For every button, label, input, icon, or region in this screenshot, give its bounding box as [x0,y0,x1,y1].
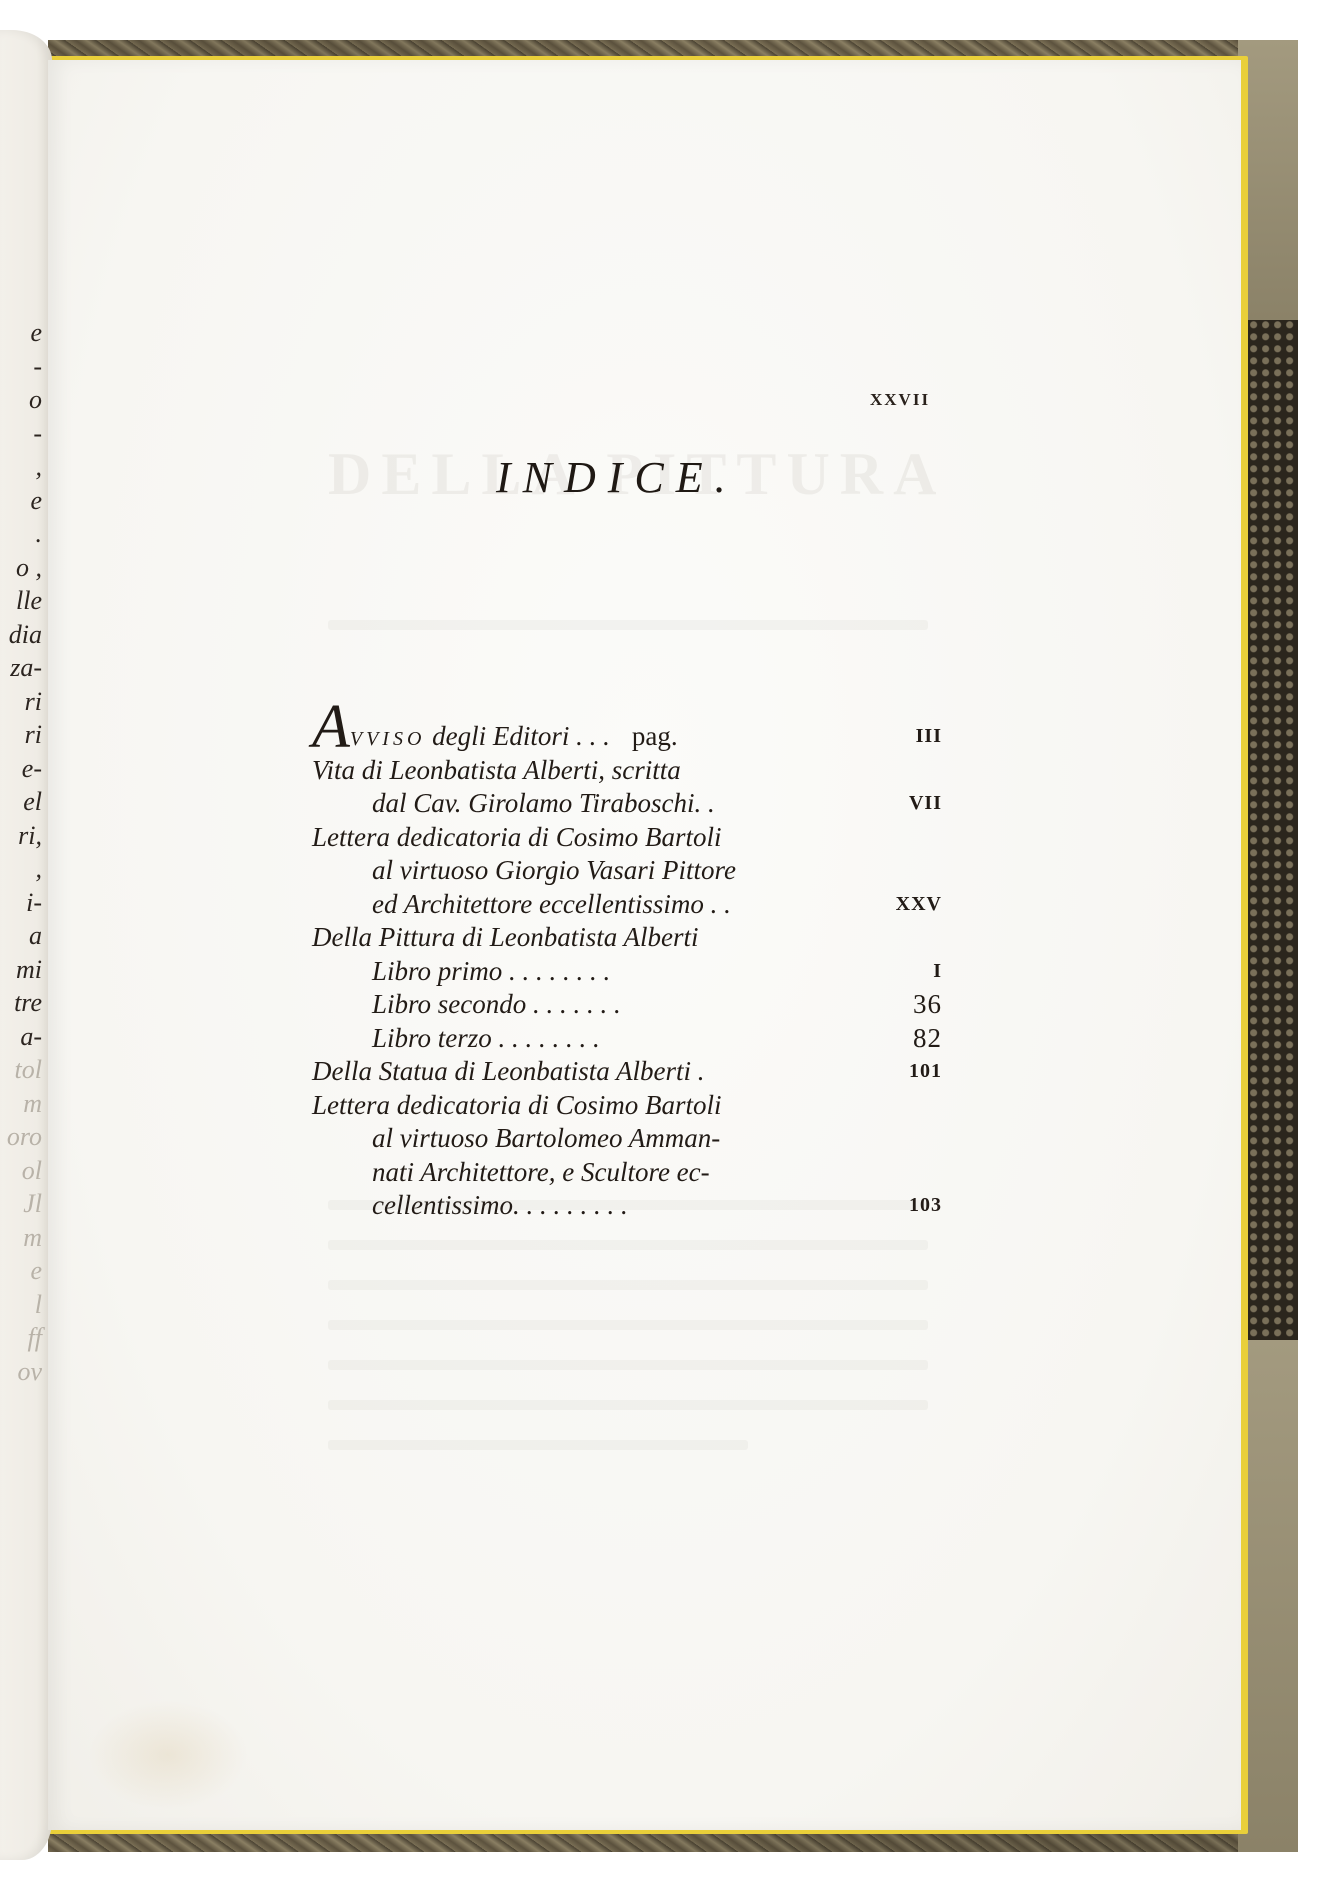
facing-page-text-fragment: mi [16,957,42,983]
toc-entry-title: AVVISO degli Editori . . .pag. [312,720,678,757]
small-caps-text: VVISO [350,728,426,750]
facing-page-showthrough-fragment: oro [7,1124,42,1150]
toc-entry: cellentissimo. . . . . . . . .103 [312,1189,942,1223]
toc-page-reference: VII [909,787,942,821]
facing-page-text-fragment: , [36,454,43,480]
show-through-line [328,1400,928,1410]
facing-page-text-fragment: ri, [18,823,42,849]
pag-label: pag. [632,721,678,751]
show-through-line [328,1280,928,1290]
facing-page-text-fragment: a- [20,1024,42,1050]
facing-page-text-fragment: - [33,354,42,380]
toc-entry: Della Pittura di Leonbatista Alberti [312,921,942,955]
toc-entry-title: al virtuoso Giorgio Vasari Pittore [372,854,736,888]
show-through-line [328,1240,928,1250]
facing-page-text-fragment: a [29,923,42,949]
show-through-line [328,1440,748,1450]
toc-page-reference: 36 [913,988,942,1022]
index-page: DELLA PITTURA XXVII INDICE. AVVISO degli… [48,60,1241,1830]
toc-entry-title: Della Statua di Leonbatista Alberti . [312,1055,705,1089]
facing-page-text-fragment: . [36,521,43,547]
toc-entry: AVVISO degli Editori . . .pag.III [312,720,942,754]
facing-page-text-fragment: o , [16,555,42,581]
facing-page-showthrough-fragment: m [23,1225,42,1251]
toc-entry: nati Architettore, e Scultore ec- [312,1156,942,1190]
toc-page-reference: I [933,955,942,989]
toc-entry-title: Della Pittura di Leonbatista Alberti [312,921,699,955]
page-title: INDICE. [496,452,738,503]
toc-entry-title: Vita di Leonbatista Alberti, scritta [312,754,681,788]
toc-page-reference: XXV [896,888,942,922]
facing-page-text-fragment: i- [26,890,42,916]
toc-page-reference: 101 [909,1055,942,1089]
toc-entry: Della Statua di Leonbatista Alberti .101 [312,1055,942,1089]
paper-stain [88,1700,248,1810]
facing-page-text-fragment: el [23,789,42,815]
toc-entry-title: ed Architettore eccellentissimo . . [372,888,731,922]
toc-entry: dal Cav. Girolamo Tiraboschi. .VII [312,787,942,821]
facing-page-showthrough-fragment: ov [17,1359,42,1385]
toc-entry-title: nati Architettore, e Scultore ec- [372,1156,710,1190]
facing-page-showthrough-fragment: e [30,1258,42,1284]
facing-page-text-fragment: lle [16,588,42,614]
toc-entry: al virtuoso Giorgio Vasari Pittore [312,854,942,888]
toc-entry: ed Architettore eccellentissimo . .XXV [312,888,942,922]
facing-page-text-fragment: e [30,320,42,346]
toc-entry: Libro secondo . . . . . . .36 [312,988,942,1022]
toc-entry-title: cellentissimo. . . . . . . . . [372,1189,628,1223]
facing-page-showthrough-fragment: l [35,1292,42,1318]
facing-page-text-fragment: tre [14,990,42,1016]
show-through-line [328,620,928,630]
facing-page-text-fragment: o [29,387,42,413]
table-of-contents: AVVISO degli Editori . . .pag.IIIVita di… [312,720,942,1223]
toc-entry-title: Lettera dedicatoria di Cosimo Bartoli [312,1089,722,1123]
toc-page-reference: 82 [913,1022,942,1056]
toc-entry: Lettera dedicatoria di Cosimo Bartoli [312,821,942,855]
toc-entry-title: al virtuoso Bartolomeo Amman- [372,1122,720,1156]
toc-entry: Libro terzo . . . . . . . .82 [312,1022,942,1056]
facing-page-text-fragment: za- [10,655,42,681]
facing-page-text-fragment: e [30,488,42,514]
drop-cap: A [312,693,350,761]
facing-page-showthrough-fragment: ff [28,1325,42,1351]
toc-page-reference: 103 [909,1189,942,1223]
page-number: XXVII [870,390,930,410]
toc-entry-title: Libro secondo . . . . . . . [372,988,621,1022]
facing-page-text-fragment: ri [25,689,42,715]
facing-page-text-fragment: e- [22,756,42,782]
toc-entry: Libro primo . . . . . . . .I [312,955,942,989]
show-through-line [328,1320,928,1330]
toc-page-reference: III [916,720,942,754]
facing-page-showthrough-fragment: tol [15,1057,42,1083]
toc-entry: Lettera dedicatoria di Cosimo Bartoli [312,1089,942,1123]
toc-entry: Vita di Leonbatista Alberti, scritta [312,754,942,788]
facing-page-text-fragment: ri [25,722,42,748]
show-through-line [328,1360,928,1370]
facing-page-showthrough-fragment: ol [22,1158,42,1184]
facing-page-showthrough-fragment: Jl [23,1191,42,1217]
toc-entry-title: dal Cav. Girolamo Tiraboschi. . [372,787,715,821]
facing-page-showthrough-fragment: m [23,1091,42,1117]
facing-page-text-fragment: , [36,856,43,882]
facing-page-text-fragment: - [33,421,42,447]
toc-entry-title: Libro terzo . . . . . . . . [372,1022,600,1056]
toc-entry-text: degli Editori . . . [425,721,610,751]
facing-page-text-fragment: dia [9,622,42,648]
toc-entry-title: Libro primo . . . . . . . . [372,955,610,989]
toc-entry-title: Lettera dedicatoria di Cosimo Bartoli [312,821,722,855]
facing-page-left: e-o-,e.o ,llediaza-ririe-elri,,i-amitrea… [0,30,52,1860]
toc-entry: al virtuoso Bartolomeo Amman- [312,1122,942,1156]
